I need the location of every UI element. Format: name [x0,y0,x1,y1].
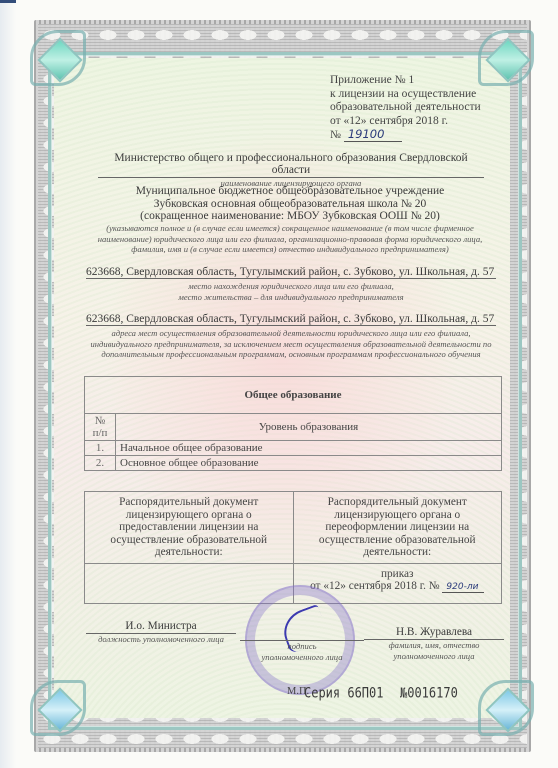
organization-name: Муниципальное бюджетное общеобразователь… [95,185,485,223]
appendix-subtitle: образовательной деятельности [330,101,510,115]
signature-block: И.о. Министра должность уполномоченного … [86,620,504,670]
ornament-corner-icon [30,30,86,86]
grant-document-header: Распорядительный документ лицензирующего… [85,492,294,564]
appendix-header: Приложение № 1 к лицензии на осуществлен… [330,74,510,143]
licensing-body: Министерство общего и профессионального … [98,152,484,189]
activity-address: 623668, Свердловская область, Тугулымски… [86,313,496,326]
table-title: Общее образование [85,377,502,414]
caption-line: место жительства – для индивидуального п… [86,292,496,303]
column-header-number: № п/п [85,414,116,441]
appendix-subtitle: к лицензии на осуществление [330,88,510,102]
form-serial-number: №0016170 [400,685,458,701]
legal-address-caption: место нахождения юридического лица или е… [86,281,496,302]
organization-line: Муниципальное бюджетное общеобразователь… [95,185,485,198]
signature-field: подпись уполномоченного лица [240,640,364,662]
legal-address: 623668, Свердловская область, Тугулымски… [86,266,496,279]
order-label: приказ [300,568,496,581]
signatory-name: Н.В. Журавлева фамилия, имя, отчество уп… [364,626,504,661]
handwritten-number: 19100 [344,127,403,142]
position-value: И.о. Министра [86,620,236,634]
signatory-position: И.о. Министра должность уполномоченного … [86,620,236,645]
signature-caption: подпись [240,640,364,652]
name-value: Н.В. Журавлева [364,626,504,640]
name-caption: фамилия, имя, отчество [364,640,504,651]
row-level: Начальное общее образование [116,441,502,456]
organization-short-name: (сокращенное наименование: МБОУ Зубковск… [95,210,485,223]
printer-imprint [528,540,534,680]
form-series: Серия 66П01 [304,685,383,701]
table-row: 2. Основное общее образование [85,456,502,471]
position-caption: должность уполномоченного лица [86,634,236,645]
scan-edge [0,0,16,768]
license-appendix-page: Приложение № 1 к лицензии на осуществлен… [0,0,558,768]
order-date: от «12» сентября 2018 г. № [310,580,440,592]
grant-document-value [85,563,294,603]
row-level: Основное общее образование [116,456,502,471]
appendix-title: Приложение № 1 [330,74,510,88]
appendix-number: № 19100 [330,128,510,143]
scan-edge-mark [0,0,16,3]
handwritten-order-number: 920-ли [442,582,484,593]
organization-line: Зубковская основная общеобразовательная … [95,198,485,211]
row-number: 1. [85,441,116,456]
name-caption: уполномоченного лица [364,651,504,662]
education-levels-table: Общее образование № п/п Уровень образова… [84,376,502,471]
order-date-number: от «12» сентября 2018 г. № 920-ли [300,580,496,594]
activity-address-caption: адреса мест осуществления образовательно… [86,328,496,360]
ornament-corner-icon [478,680,534,736]
table-row: 1. Начальное общее образование [85,441,502,456]
appendix-date: от «12» сентября 2018 г. [330,115,510,129]
caption-line: место нахождения юридического лица или е… [86,281,496,292]
reissue-document-header: Распорядительный документ лицензирующего… [293,492,502,564]
ornament-corner-icon [30,680,86,736]
column-header-level: Уровень образования [116,414,502,441]
row-number: 2. [85,456,116,471]
organization-caption: (указываются полное и (в случае если име… [85,223,495,255]
licensing-body-name: Министерство общего и профессионального … [98,152,484,178]
signature-caption: уполномоченного лица [240,652,364,663]
